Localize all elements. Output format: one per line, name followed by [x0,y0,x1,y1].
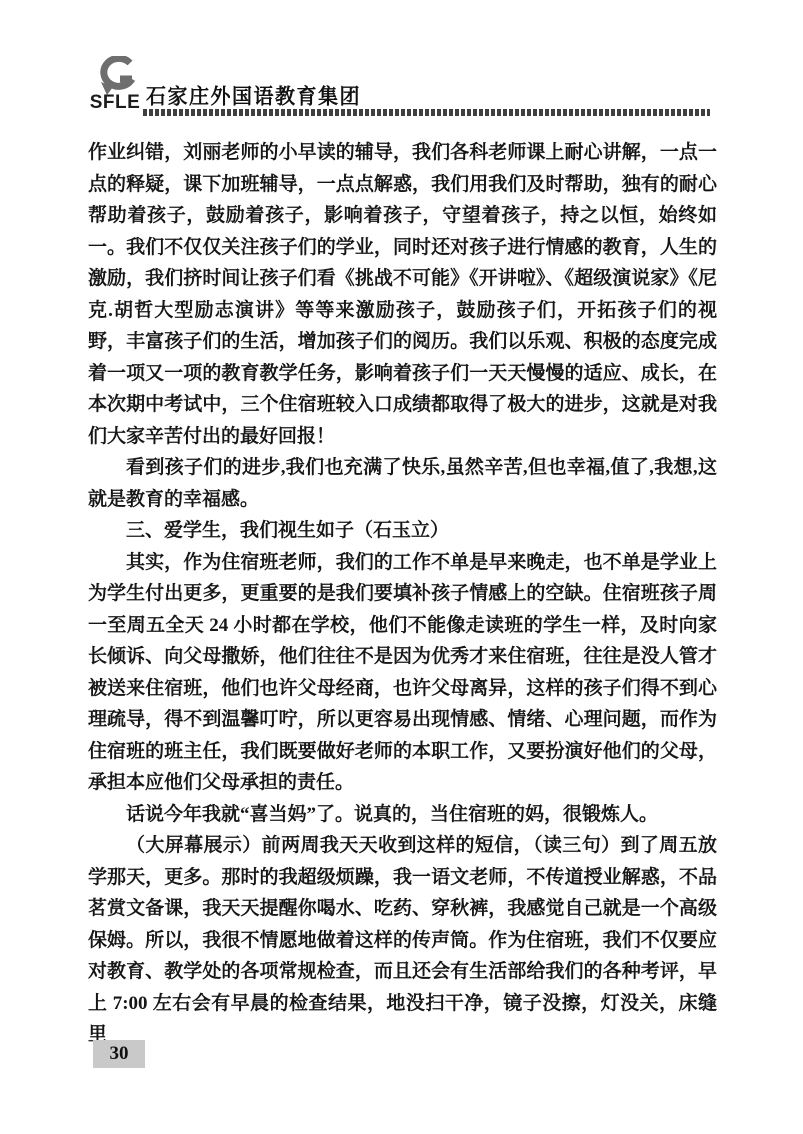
document-page: SFLE 石家庄外国语教育集团 作业纠错，刘丽老师的小早读的辅导，我们各科老师课… [0,0,803,1134]
article-body: 作业纠错，刘丽老师的小早读的辅导，我们各科老师课上耐心讲解，一点一点的释疑，课下… [88,137,717,1051]
sfle-swirl-logo-icon [94,56,144,96]
paragraph-continuation: 作业纠错，刘丽老师的小早读的辅导，我们各科老师课上耐心讲解，一点一点的释疑，课下… [88,137,717,452]
header-dotted-rule [143,109,710,116]
section-heading: 三、爱学生，我们视生如子（石玉立） [88,515,717,547]
page-number-box: 30 [93,1040,145,1068]
paragraph: （大屏幕展示）前两周我天天收到这样的短信，（读三句）到了周五放学那天，更多。那时… [88,830,717,1051]
paragraph: 话说今年我就“喜当妈”了。说真的，当住宿班的妈，很锻炼人。 [88,799,717,831]
page-number: 30 [110,1043,129,1065]
paragraph: 看到孩子们的进步,我们也充满了快乐,虽然辛苦,但也幸福,值了,我想,这就是教育的… [88,452,717,515]
org-name-title: 石家庄外国语教育集团 [146,79,361,109]
paragraph: 其实，作为住宿班老师，我们的工作不单是早来晚走，也不单是学业上为学生付出更多，更… [88,547,717,799]
logo-acronym: SFLE [84,92,146,114]
